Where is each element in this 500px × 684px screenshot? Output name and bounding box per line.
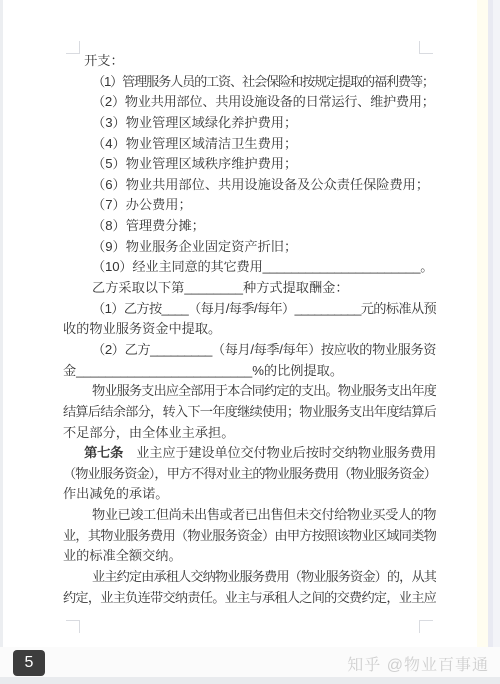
document-line: 物业服务支出应全部用于本合同约定的支出。物业服务支出年度 [63, 381, 436, 402]
page-number-badge: 5 [13, 650, 45, 676]
watermark-text: 知乎 @物业百事通 [347, 657, 489, 674]
document-line: （5）物业管理区域秩序维护费用； [63, 154, 436, 175]
document-line: 作出减免的承诺。 [63, 484, 436, 505]
page-edge-tint [477, 0, 488, 647]
document-line: （9）物业服务企业固定资产折旧； [63, 237, 436, 258]
document-line: 收的物业服务资金中提取。 [63, 319, 436, 340]
document-line: （2）乙方_________（每月/每季/每年）按应收的物业服务资 [63, 340, 436, 361]
document-line: （1）管理服务人员的工资、社会保险和按规定提取的福利费等； [63, 72, 436, 93]
document-line: （6）物业共用部位、共用设施设备及公众责任保险费用； [63, 175, 436, 196]
document-line: 业，其物业服务费用（物业服务资金）由甲方按照该物业区域同类物 [63, 526, 436, 547]
document-line: （8）管理费分摊； [63, 216, 436, 237]
page-left-margin-strip [0, 0, 3, 647]
document-line: （1）乙方按____（每月/每季/每年）__________元的标准从预 [63, 299, 436, 320]
bottom-strip [0, 677, 500, 684]
document-line: （4）物业管理区域清洁卫生费用； [63, 134, 436, 155]
page-right-margin-strip [493, 0, 500, 647]
margin-mark-bottom-right [419, 620, 433, 633]
document-line: （3）物业管理区域绿化养护费用； [63, 113, 436, 134]
document-line: 乙方采取以下第________种方式提取酬金： [63, 278, 436, 299]
document-line: 结算后结余部分，转入下一年度继续使用；物业服务支出年度结算后 [63, 402, 436, 423]
document-line: （2）物业共用部位、共用设施设备的日常运行、维护费用； [63, 92, 436, 113]
document-viewer: 开支：（1）管理服务人员的工资、社会保险和按规定提取的福利费等；（2）物业共用部… [0, 0, 500, 684]
document-line: （物业服务资金），甲方不得对业主的物业服务费用（物业服务资金） [63, 464, 436, 485]
document-line: （7）办公费用； [63, 195, 436, 216]
clause-heading: 第七条 [84, 445, 123, 460]
document-line: 物业已竣工但尚未出售或者已出售但未交付给物业买受人的物 [63, 505, 436, 526]
document-line: 约定，业主负连带交纳责任。业主与承租人之间的交费约定，业主应 [63, 588, 436, 609]
viewer-footer: 5 知乎 @物业百事通 [0, 647, 500, 677]
document-line: 不足部分，由全体业主承担。 [63, 423, 436, 444]
document-line: 第七条 业主应于建设单位交付物业后按时交纳物业服务费用 [63, 443, 436, 464]
document-page: 开支：（1）管理服务人员的工资、社会保险和按规定提取的福利费等；（2）物业共用部… [0, 0, 500, 647]
document-line: 业主约定由承租人交纳物业服务费用（物业服务资金）的，从其 [63, 567, 436, 588]
watermark: 知乎 @物业百事通 [347, 652, 489, 675]
document-lines: 开支：（1）管理服务人员的工资、社会保险和按规定提取的福利费等；（2）物业共用部… [63, 51, 436, 608]
document-line: 金________________________%的比例提取。 [63, 361, 436, 382]
document-line: 开支： [63, 51, 436, 72]
document-line: 业的标准全额交纳。 [63, 546, 436, 567]
margin-mark-bottom-left [66, 620, 80, 633]
document-line: （10）经业主同意的其它费用______________________。 [63, 257, 436, 278]
page-number: 5 [25, 654, 34, 671]
